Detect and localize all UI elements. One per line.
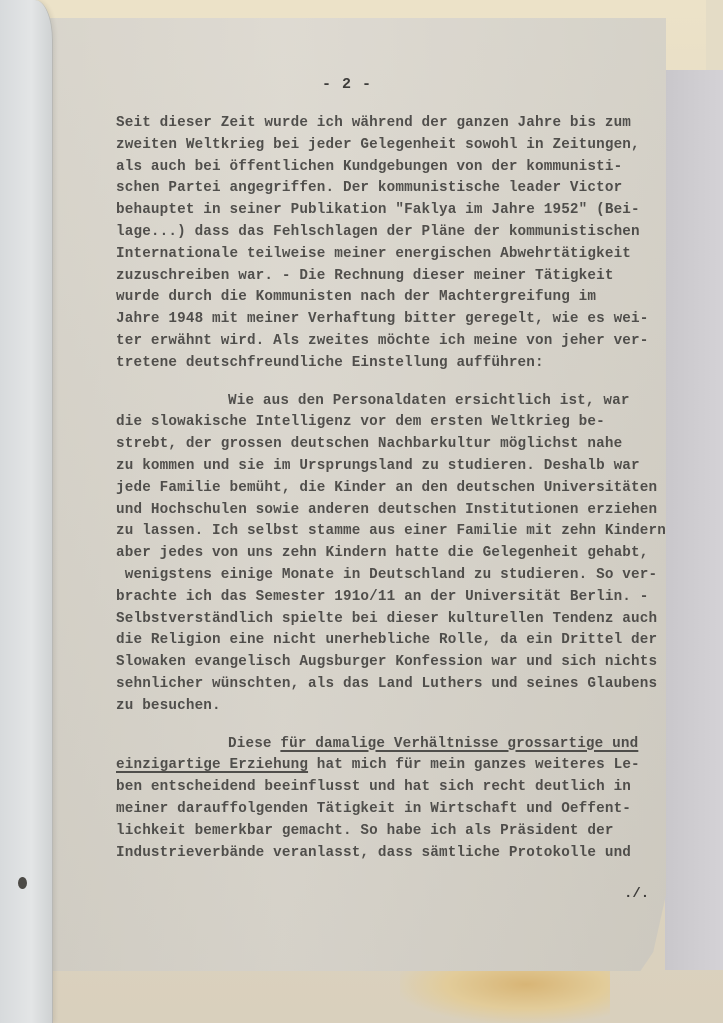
text-line: die slowakische Intelligenz vor dem erst… xyxy=(116,412,676,434)
paragraph-3: Diese für damalige Verhältnisse grossart… xyxy=(116,734,676,865)
paper-stain xyxy=(400,968,610,1023)
page-number: - 2 - xyxy=(28,76,666,93)
text-line: Diese für damalige Verhältnisse grossart… xyxy=(116,734,676,756)
text-line: strebt, der grossen deutschen Nachbarkul… xyxy=(116,434,676,456)
paragraph-1: Seit dieser Zeit wurde ich während der g… xyxy=(116,113,676,375)
ink-blot xyxy=(18,877,27,889)
binder-left-page xyxy=(0,0,53,1023)
text-line: und Hochschulen sowie anderen deutschen … xyxy=(116,500,676,522)
text-line: aber jedes von uns zehn Kindern hatte di… xyxy=(116,543,676,565)
underlying-sheet xyxy=(665,70,723,970)
text-line: zuzuschreiben war. - Die Rechnung dieser… xyxy=(116,266,676,288)
text-line: behauptet in seiner Publikation "Faklya … xyxy=(116,200,676,222)
paragraph-2: Wie aus den Personaldaten ersichtlich is… xyxy=(116,391,676,718)
text-line: ter erwähnt wird. Als zweites möchte ich… xyxy=(116,331,676,353)
text-line: Slowaken evangelisch Augsburger Konfessi… xyxy=(116,652,676,674)
text-line: ben entscheidend beeinflusst und hat sic… xyxy=(116,777,676,799)
text-line: die Religion eine nicht unerhebliche Rol… xyxy=(116,630,676,652)
text-line: Jahre 1948 mit meiner Verhaftung bitter … xyxy=(116,309,676,331)
text-line: als auch bei öffentlichen Kundgebungen v… xyxy=(116,157,676,179)
document-body: Seit dieser Zeit wurde ich während der g… xyxy=(116,113,676,864)
background-paper-edge xyxy=(706,0,723,75)
text-line: einzigartige Erziehung hat mich für mein… xyxy=(116,755,676,777)
text-line: zu kommen und sie im Ursprungsland zu st… xyxy=(116,456,676,478)
text-line: wenigstens einige Monate in Deutschland … xyxy=(116,565,676,587)
text-line: tretene deutschfreundliche Einstellung a… xyxy=(116,353,676,375)
text-line: Selbstverständlich spielte bei dieser ku… xyxy=(116,609,676,631)
text-line: Wie aus den Personaldaten ersichtlich is… xyxy=(116,391,676,413)
text-line: zu besuchen. xyxy=(116,696,676,718)
text-line: Internationale teilweise meiner energisc… xyxy=(116,244,676,266)
continuation-mark: ./. xyxy=(624,886,649,902)
text-line: wurde durch die Kommunisten nach der Mac… xyxy=(116,287,676,309)
underlined-phrase: für damalige Verhältnisse grossartige un… xyxy=(280,736,638,752)
text-line: meiner darauffolgenden Tätigkeit in Wirt… xyxy=(116,799,676,821)
text-line: schen Partei angegriffen. Der kommunisti… xyxy=(116,178,676,200)
typewritten-page: - 2 - Seit dieser Zeit wurde ich während… xyxy=(28,18,666,971)
text-line: zu lassen. Ich selbst stamme aus einer F… xyxy=(116,521,676,543)
underlined-phrase: einzigartige Erziehung xyxy=(116,757,308,773)
text-line: jede Familie bemüht, die Kinder an den d… xyxy=(116,478,676,500)
text-line: sehnlicher wünschten, als das Land Luthe… xyxy=(116,674,676,696)
text-line: lage...) dass das Fehlschlagen der Pläne… xyxy=(116,222,676,244)
text-line: Seit dieser Zeit wurde ich während der g… xyxy=(116,113,676,135)
text-line: Industrieverbände veranlasst, dass sämtl… xyxy=(116,843,676,865)
text-line: zweiten Weltkrieg bei jeder Gelegenheit … xyxy=(116,135,676,157)
text-line: brachte ich das Semester 191o/11 an der … xyxy=(116,587,676,609)
text-line: lichkeit bemerkbar gemacht. So habe ich … xyxy=(116,821,676,843)
